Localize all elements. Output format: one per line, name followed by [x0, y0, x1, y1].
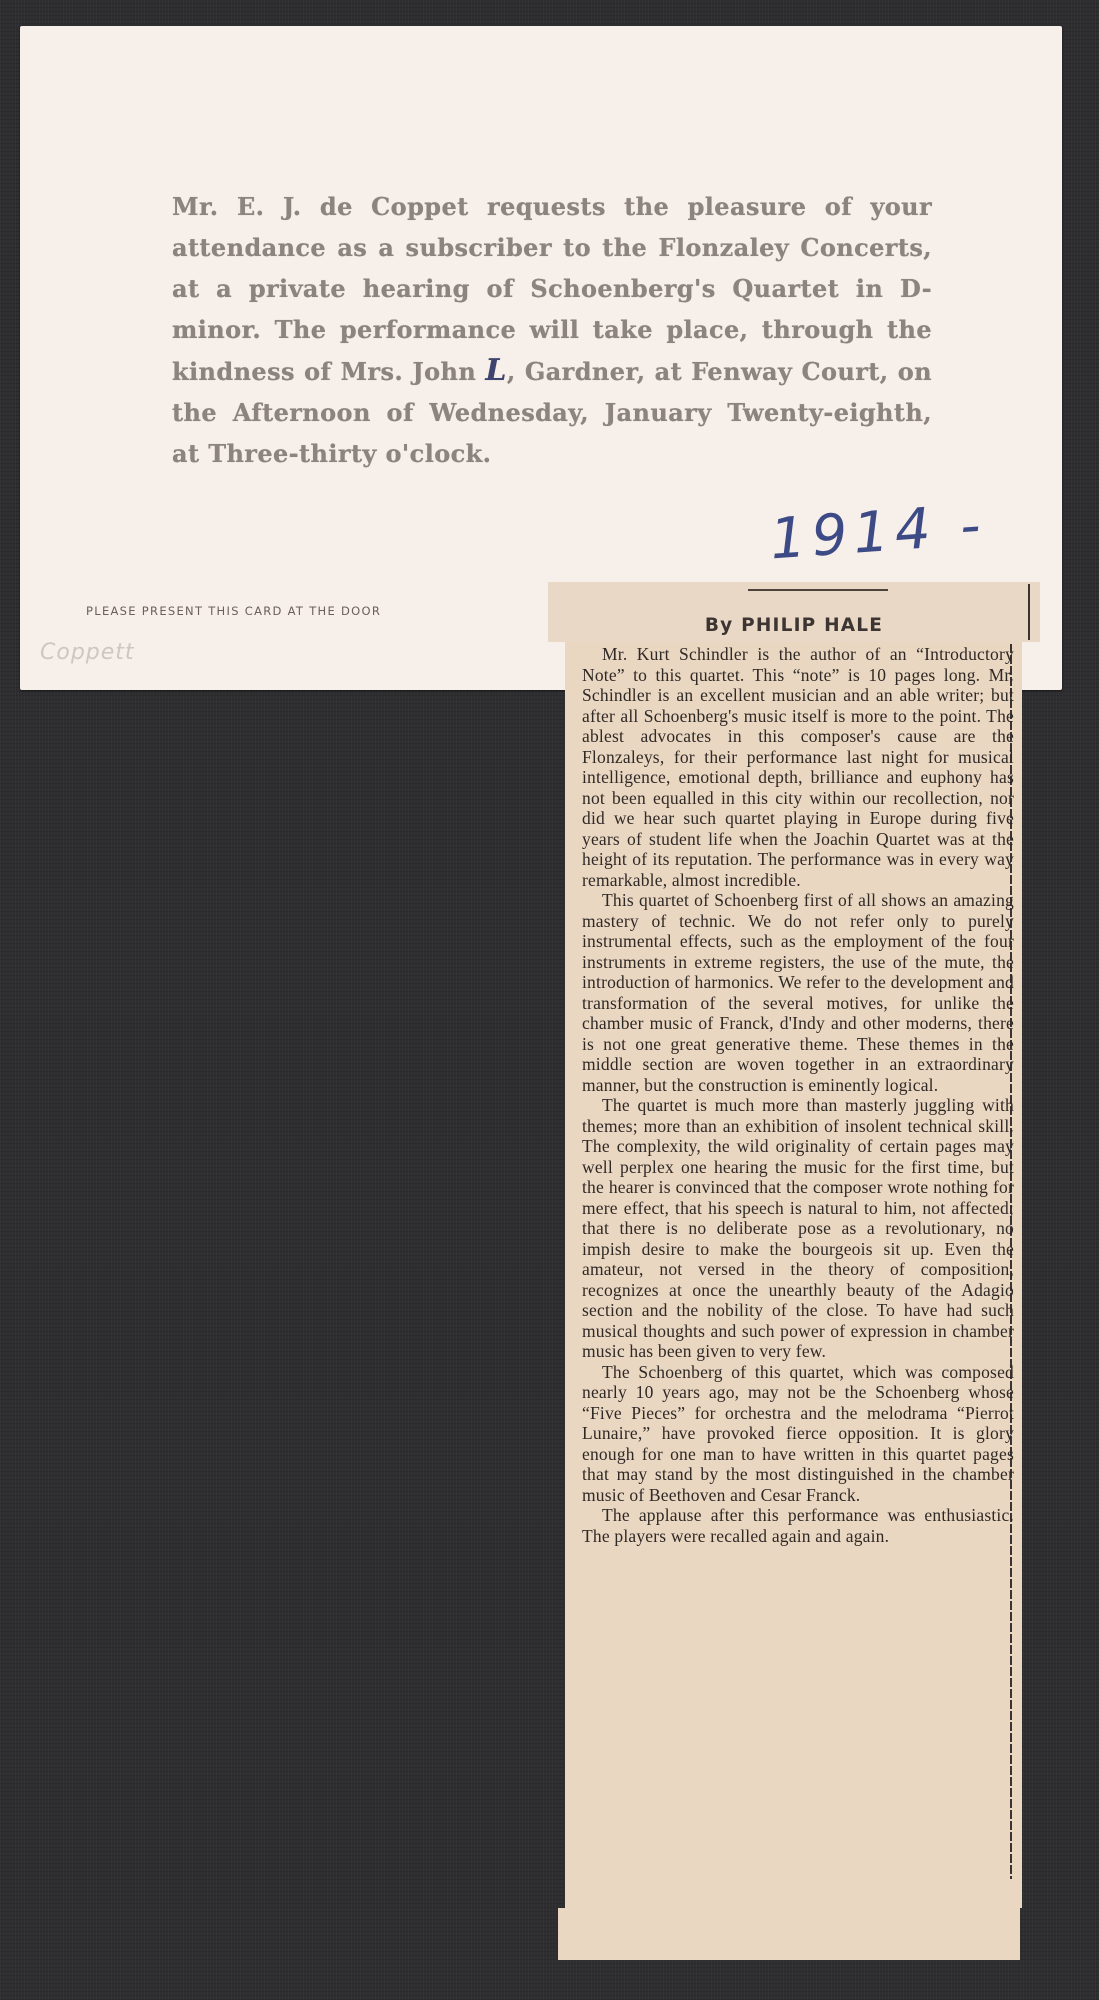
invitation-text: Mr. E. J. de Coppet requests the pleasur…: [172, 186, 932, 474]
article-text: Mr. Kurt Schindler is the author of an “…: [582, 644, 1014, 1546]
article-paragraph: The quartet is much more than masterly j…: [582, 1095, 1014, 1362]
clipping-tail-piece: [558, 1908, 1020, 1960]
pencil-annotation: Coppett: [40, 640, 135, 665]
door-notice: PLEASE PRESENT THIS CARD AT THE DOOR: [86, 604, 381, 618]
article-paragraph: The Schoenberg of this quartet, which wa…: [582, 1362, 1014, 1506]
handwritten-initial: L: [485, 353, 507, 388]
article-paragraph: Mr. Kurt Schindler is the author of an “…: [582, 644, 1014, 890]
clipping-header-strip: By PHILIP HALE: [548, 582, 1040, 642]
column-rule: [748, 589, 888, 591]
article-paragraph: This quartet of Schoenberg first of all …: [582, 890, 1014, 1095]
article-paragraph: The applause after this performance was …: [582, 1505, 1014, 1546]
byline: By PHILIP HALE: [548, 615, 1040, 636]
